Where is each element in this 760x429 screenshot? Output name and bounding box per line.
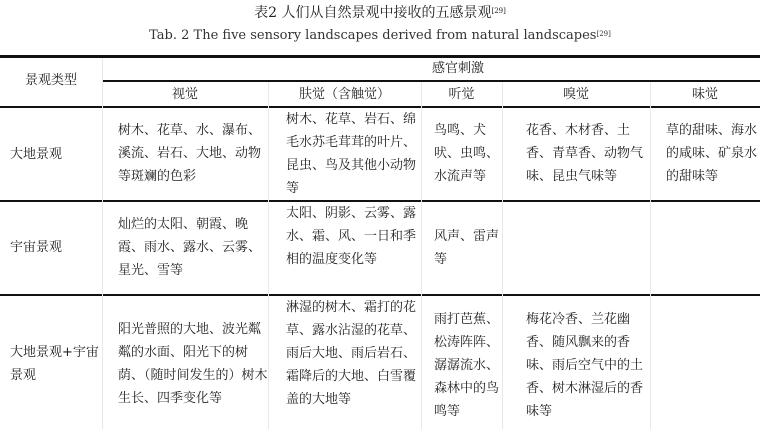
group-rule: [103, 80, 760, 82]
caption-cn: 表2 人们从自然景观中接收的五感景观[29]: [0, 4, 760, 22]
cell-hearing: 风声、雷声等: [434, 225, 502, 271]
top-rule: [0, 55, 760, 58]
cell-touch: 树木、花草、岩石、绵毛水苏毛茸茸的叶片、昆虫、鸟及其他小动物等: [286, 108, 420, 200]
cell-hearing: 鸟鸣、犬吠、虫鸣、水流声等: [434, 119, 502, 188]
caption-en: Tab. 2 The five sensory landscapes deriv…: [0, 28, 760, 44]
col-divider: [421, 82, 422, 429]
caption-cn-text: 表2 人们从自然景观中接收的五感景观: [254, 5, 491, 21]
row-type: 大地景观+宇宙景观: [10, 341, 102, 387]
caption-en-text: Tab. 2 The five sensory landscapes deriv…: [149, 28, 596, 43]
header-sense-touch: 肤觉（含触觉）: [268, 86, 421, 104]
caption-en-ref: [29]: [596, 30, 610, 38]
header-type: 景观类型: [0, 72, 102, 90]
header-sense-vision: 视觉: [102, 86, 268, 104]
header-sense-smell: 嗅觉: [502, 86, 650, 104]
cell-vision: 阳光普照的大地、波光粼粼的水面、阳光下的树荫、（随时间发生的）树木生长、四季变化…: [118, 318, 270, 410]
col-divider: [502, 82, 503, 429]
cell-touch: 淋湿的树木、霜打的花草、露水沾湿的花草、雨后大地、雨后岩石、霜降后的大地、白雪覆…: [286, 296, 420, 411]
cell-vision: 灿烂的太阳、朝霞、晚霞、雨水、露水、云雾、星光、雪等: [118, 213, 268, 282]
header-group: 感官刺激: [268, 60, 648, 78]
cell-taste: 草的甜味、海水的咸味、矿泉水的甜味等: [666, 119, 760, 188]
cell-touch: 太阳、阴影、云雾、露水、霜、风、一日和季相的温度变化等: [286, 202, 420, 271]
caption-cn-ref: [29]: [491, 7, 505, 15]
cell-vision: 树木、花草、水、瀑布、溪流、岩石、大地、动物等斑斓的色彩: [118, 119, 268, 188]
col-divider: [650, 82, 651, 429]
row-type: 宇宙景观: [10, 236, 100, 259]
header-sense-hearing: 听觉: [421, 86, 502, 104]
header-sense-taste: 味觉: [650, 86, 760, 104]
row-type: 大地景观: [10, 143, 100, 166]
cell-smell: 梅花冷香、兰花幽香、随风飘来的香味、雨后空气中的土香、树木淋湿后的香味等: [526, 308, 648, 423]
col-divider: [102, 58, 103, 429]
cell-hearing: 雨打芭蕉、松涛阵阵、潺潺流水、森林中的鸟鸣等: [434, 308, 502, 423]
cell-smell: 花香、木材香、土香、青草香、动物气味、昆虫气味等: [526, 119, 648, 188]
